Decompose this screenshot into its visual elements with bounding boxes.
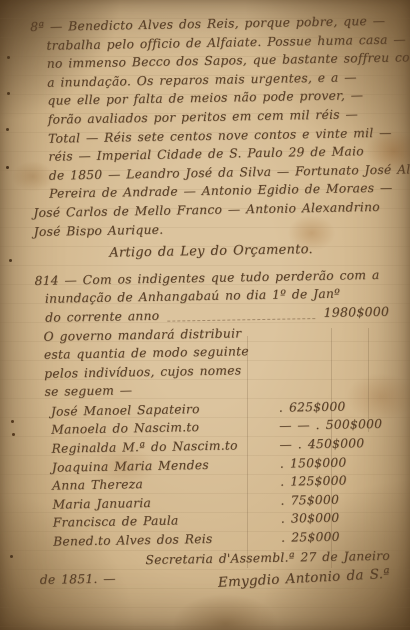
allocation-name: Anna Thereza <box>52 475 143 495</box>
manuscript-page: 8ª — Benedicto Alves dos Reis, porque po… <box>0 0 410 630</box>
closing-block: Secretaria d'Assembl.ª 27 de Janeiro de … <box>39 546 394 592</box>
allocation-leader: — — . <box>279 416 320 435</box>
allocation-amount: 30$000 <box>291 509 340 528</box>
allocation-amount: 150$000 <box>290 453 347 473</box>
allocation-name: Maria Januaria <box>52 494 151 514</box>
allocation-name: Francisca de Paula <box>53 512 179 533</box>
total-amount: 1980$000 <box>323 303 389 323</box>
allocation-amount: 500$000 <box>326 415 383 435</box>
allocation-name: Joaquina Maria Mendes <box>52 456 209 477</box>
allocation-leader: . <box>279 399 283 418</box>
budget-law-heading: Artigo da Ley do Orçamento. <box>34 240 388 265</box>
allocation-leader: — . <box>279 435 302 454</box>
line-text: do corrente anno <box>45 307 159 328</box>
allocation-amount: 450$000 <box>308 434 365 454</box>
distribution-note: O governo mandará distribuir esta quanti… <box>35 321 390 402</box>
allocation-leader: . <box>281 529 285 548</box>
allocation-leader: . <box>281 510 285 529</box>
allocation-name: Bened.to Alves dos Reis <box>53 530 213 551</box>
allocation-amount: 25$000 <box>291 528 340 547</box>
item-8-paragraph: 8ª — Benedicto Alves dos Reis, porque po… <box>30 12 388 241</box>
binding-dots <box>7 56 10 59</box>
closing-date: de 1851. — <box>40 570 116 590</box>
allocation-list: José Manoel Sapateiro .625$000 Manoela d… <box>37 397 394 552</box>
allocation-leader: . <box>280 491 284 510</box>
allocation-amount: 75$000 <box>290 491 339 510</box>
allocation-leader: . <box>280 454 284 473</box>
secretary-signature: Emygdio Antonio da S.ª <box>217 565 390 593</box>
item-814-paragraph: 814 — Com os indigentes que tudo perderã… <box>34 266 389 328</box>
allocation-name: Reginalda M.ª do Nascim.to <box>51 437 238 459</box>
leader-line <box>167 317 315 322</box>
allocation-amount: 125$000 <box>290 472 347 492</box>
manuscript-content: 8ª — Benedicto Alves dos Reis, porque po… <box>30 12 394 593</box>
allocation-amount: 625$000 <box>289 397 346 417</box>
allocation-leader: . <box>280 473 284 492</box>
